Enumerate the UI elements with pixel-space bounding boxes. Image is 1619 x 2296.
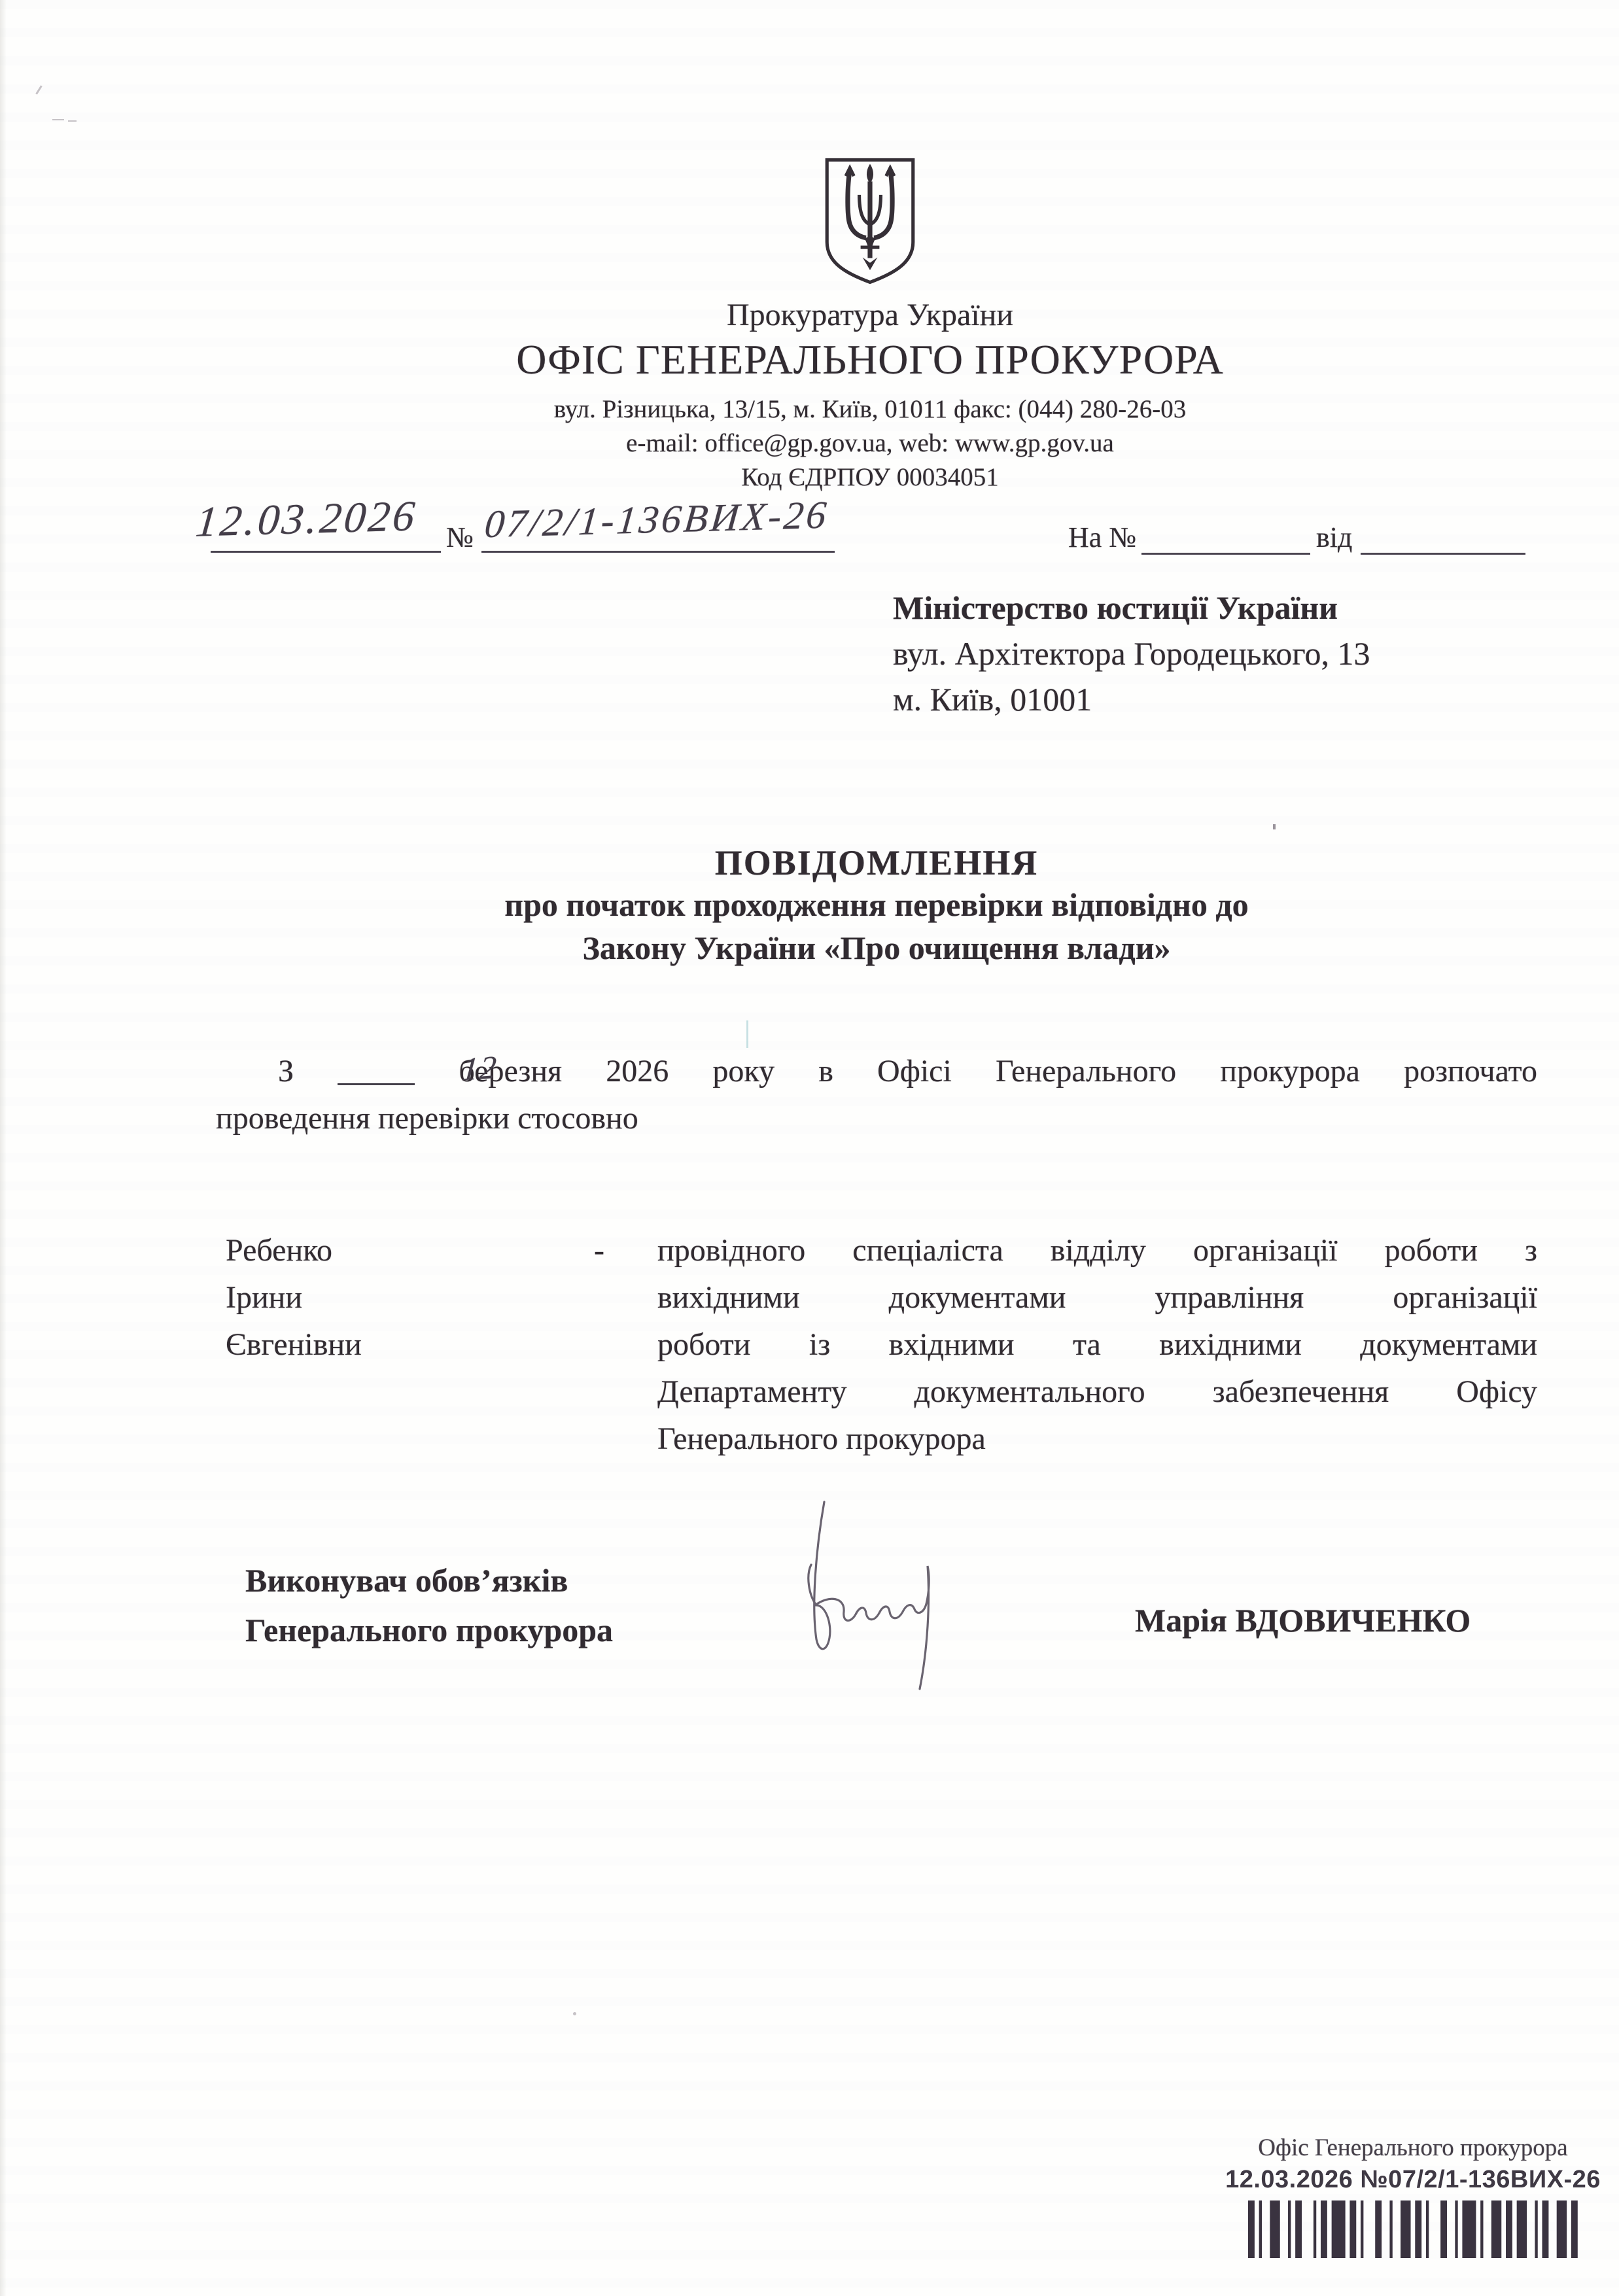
registration-stamp: Офіс Генерального прокурора 12.03.2026 №… <box>1197 2134 1619 2258</box>
scan-artifact <box>52 119 64 120</box>
person-name-column: Ребенко Ірини Євгенівни <box>226 1227 579 1368</box>
intro-prefix: З <box>278 1054 294 1088</box>
person-dash: - <box>594 1227 604 1274</box>
in-reply-date-underline <box>1361 553 1525 555</box>
body-intro-line1: З 12 березня 2026 року в Офісі Генеральн… <box>216 1047 1537 1095</box>
person-surname: Ребенко <box>226 1227 579 1274</box>
stamp-date-number: 12.03.2026 №07/2/1-136ВИХ-26 <box>1197 2166 1619 2194</box>
recipient-name: Міністерство юстиції України <box>893 585 1560 631</box>
recipient-address-line: вул. Архітектора Городецького, 13 <box>893 631 1560 676</box>
body-intro-line2: проведення перевірки стосовно <box>216 1095 1537 1142</box>
outgoing-number-handwritten: 07/2/1-136ВИХ-26 <box>483 493 831 548</box>
signer-name: Марія ВДОВИЧЕНКО <box>1135 1601 1471 1639</box>
scan-artifact <box>1273 824 1276 829</box>
day-blank-underline: 12 <box>338 1047 415 1085</box>
outgoing-date-underline <box>211 551 441 553</box>
outgoing-date-handwritten: 12.03.2026 <box>194 491 419 547</box>
signer-position-line: Генерального прокурора <box>245 1605 782 1655</box>
recipient-block: Міністерство юстиції України вул. Архіте… <box>893 585 1560 722</box>
recipient-address-line: м. Київ, 01001 <box>893 676 1560 722</box>
in-reply-date-label: від <box>1316 521 1352 554</box>
scan-artifact <box>35 85 42 94</box>
org-parent-name: Прокуратура України <box>121 297 1619 333</box>
org-edrpou-line: Код ЄДРПОУ 00034051 <box>121 462 1619 492</box>
scan-edge-shadow <box>0 0 7 2296</box>
scan-artifact <box>746 1020 748 1048</box>
org-address-line: вул. Різницька, 13/15, м. Київ, 01011 фа… <box>121 394 1619 424</box>
in-reply-number-underline <box>1141 553 1310 555</box>
signer-position-line: Виконувач обов’язків <box>245 1556 782 1605</box>
person-patronymic: Євгенівни <box>226 1321 579 1368</box>
position-line: роботи із вхідними та вихідними документ… <box>657 1321 1537 1368</box>
intro-continuation: березня 2026 року в Офісі Генерального п… <box>459 1054 1537 1088</box>
handwritten-signature <box>759 1491 1040 1707</box>
document-title-block: ПОВІДОМЛЕННЯ про початок проходження пер… <box>134 843 1619 969</box>
number-sign: № <box>446 521 474 554</box>
day-handwritten: 12 <box>397 1043 500 1097</box>
scan-artifact <box>573 2012 576 2015</box>
position-line: вихідними документами управління організ… <box>657 1274 1537 1321</box>
stamp-org-name: Офіс Генерального прокурора <box>1197 2134 1619 2162</box>
letterhead: Прокуратура України ОФІС ГЕНЕРАЛЬНОГО ПР… <box>121 156 1619 492</box>
person-firstname: Ірини <box>226 1274 579 1321</box>
position-line: провідного спеціаліста відділу організац… <box>657 1227 1537 1274</box>
document-heading: ПОВІДОМЛЕННЯ <box>134 843 1619 883</box>
ukraine-trident-emblem <box>822 156 918 288</box>
outgoing-number-underline <box>481 551 835 553</box>
document-subtitle-line: про початок проходження перевірки відпов… <box>134 883 1619 926</box>
scanned-letter-page: Прокуратура України ОФІС ГЕНЕРАЛЬНОГО ПР… <box>0 0 1619 2296</box>
registration-barcode <box>1248 2200 1578 2258</box>
document-subtitle-line: Закону України «Про очищення влади» <box>134 926 1619 969</box>
position-line: Департаменту документального забезпеченн… <box>657 1368 1537 1416</box>
org-contacts-line: e-mail: office@gp.gov.ua, web: www.gp.go… <box>121 428 1619 458</box>
scan-artifact <box>68 120 77 122</box>
body-intro-paragraph: З 12 березня 2026 року в Офісі Генеральн… <box>216 1047 1537 1142</box>
position-line: Генерального прокурора <box>657 1416 1537 1463</box>
person-position-column: провідного спеціаліста відділу організац… <box>657 1227 1537 1463</box>
in-reply-label: На № <box>1068 521 1136 554</box>
signer-position: Виконувач обов’язків Генерального прокур… <box>245 1556 782 1655</box>
org-name: ОФІС ГЕНЕРАЛЬНОГО ПРОКУРОРА <box>121 336 1619 384</box>
